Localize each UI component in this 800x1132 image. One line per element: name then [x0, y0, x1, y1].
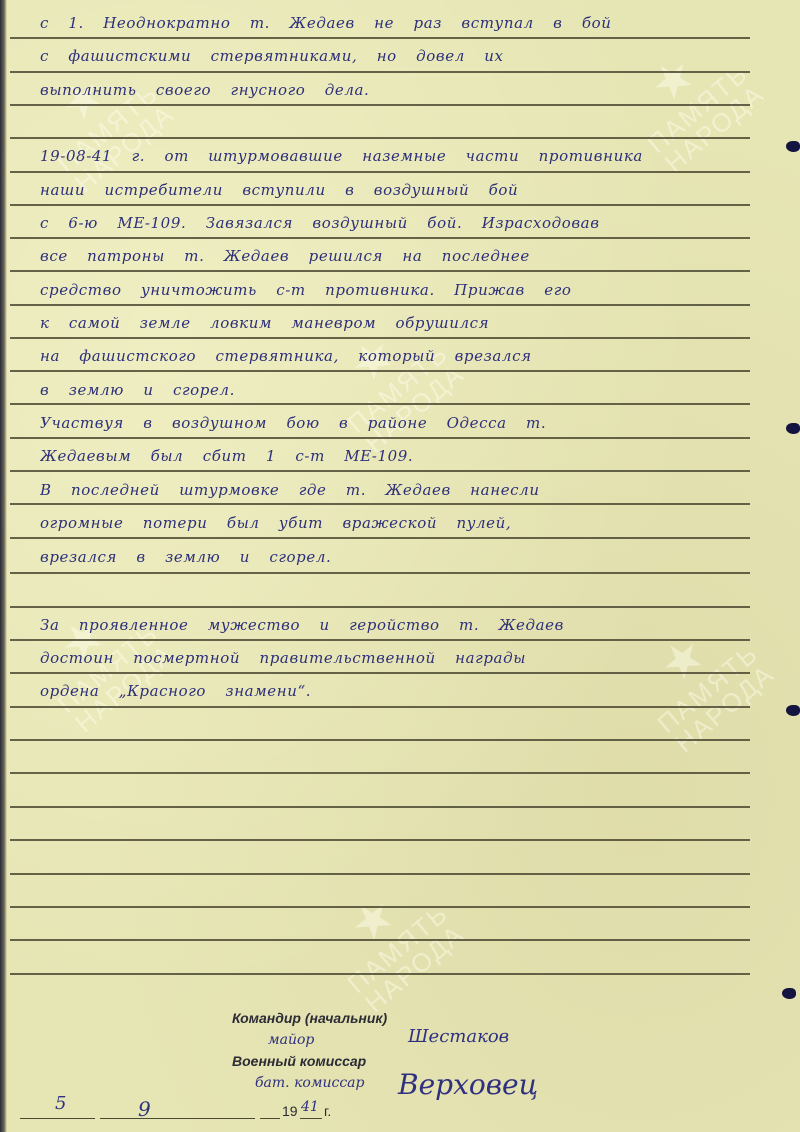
- body-line: В последней штурмовке где т. Жедаев нане…: [40, 481, 740, 507]
- rule-line: [10, 739, 750, 741]
- year-underline: [260, 1118, 280, 1119]
- commander-label: Командир (начальник): [232, 1010, 387, 1026]
- body-line: врезался в землю и сгорел.: [40, 548, 740, 574]
- body-line: наши истребители вступили в воздушный бо…: [40, 181, 740, 207]
- ink-blot: [786, 141, 800, 152]
- commissar-signature: Верховец: [398, 1068, 538, 1101]
- body-line: с 6-ю МЕ-109. Завязался воздушный бой. И…: [40, 214, 740, 240]
- watermark-text: ПАМЯТЬ: [342, 898, 454, 999]
- award-sheet-page: ★ ПАМЯТЬ НАРОДА ★ ПАМЯТЬ НАРОДА ★ ПАМЯТЬ…: [0, 0, 800, 1132]
- date-year-suffix: 41: [301, 1099, 319, 1115]
- body-line: с фашистскими стервятниками, но довел их: [40, 47, 740, 73]
- body-line: средство уничтожить с-т противника. Приж…: [40, 281, 740, 307]
- page-left-edge-shadow: [0, 0, 7, 1132]
- body-line: Жедаевым был сбит 1 с-т МЕ-109.: [40, 447, 740, 473]
- body-line: с 1. Неоднократно т. Жедаев не раз вступ…: [40, 14, 740, 40]
- body-line: ордена „Красного знамени“.: [40, 682, 740, 708]
- rule-line: [10, 772, 750, 774]
- commander-signature: Шестаков: [408, 1026, 509, 1047]
- body-line: к самой земле ловким маневром обрушился: [40, 314, 740, 340]
- rule-line: [10, 806, 750, 808]
- commissar-rank: бат. комиссар: [255, 1075, 364, 1091]
- watermark-text: ПАМЯТЬ: [642, 58, 754, 159]
- ink-blot: [782, 988, 796, 999]
- body-line: на фашистского стервятника, который врез…: [40, 347, 740, 373]
- star-icon: ★: [312, 863, 436, 978]
- commander-rank: майор: [268, 1032, 314, 1048]
- body-line: в землю и сгорел.: [40, 381, 740, 407]
- date-month: 9: [138, 1097, 151, 1121]
- date-day: 5: [55, 1093, 66, 1114]
- month-underline: [100, 1118, 255, 1119]
- year-suffix-underline: [300, 1118, 322, 1119]
- rule-line: [10, 839, 750, 841]
- rule-line: [10, 873, 750, 875]
- date-year-unit: г.: [324, 1103, 331, 1119]
- body-line: выполнить своего гнусного дела.: [40, 81, 740, 107]
- ink-blot: [786, 705, 800, 716]
- commissar-label: Военный комиссар: [232, 1053, 366, 1069]
- date-year-prefix: 19: [282, 1103, 298, 1119]
- body-line: [40, 582, 740, 608]
- body-line: все патроны т. Жедаев решился на последн…: [40, 247, 740, 273]
- body-line: достоин посмертной правительственной наг…: [40, 649, 740, 675]
- body-line: Участвуя в воздушном бою в районе Одесса…: [40, 414, 740, 440]
- watermark-text: НАРОДА: [359, 918, 470, 1018]
- rule-line: [10, 939, 750, 941]
- body-line: [40, 114, 740, 140]
- rule-line: [10, 973, 750, 975]
- ink-blot: [786, 423, 800, 434]
- body-line: За проявленное мужество и геройство т. Ж…: [40, 616, 740, 642]
- date-underline: [20, 1118, 95, 1119]
- rule-line: [10, 906, 750, 908]
- date-row: 5 9 19 41 г.: [20, 1103, 380, 1123]
- body-line: огромные потери был убит вражеской пулей…: [40, 514, 740, 540]
- watermark-text: НАРОДА: [359, 358, 470, 458]
- body-line: 19-08-41 г. от штурмовавшие наземные час…: [40, 147, 740, 173]
